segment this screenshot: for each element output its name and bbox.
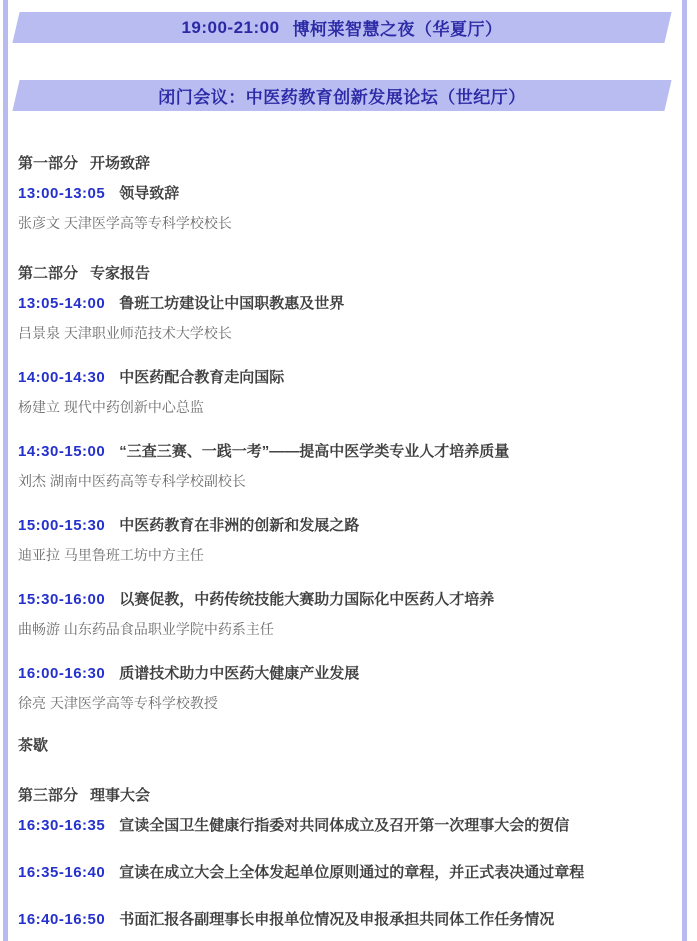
- item-time: 13:05-14:00: [18, 295, 105, 312]
- agenda-item: 14:30-15:00“三查三赛、一践一考”——提高中医学类专业人才培养质量: [18, 441, 669, 462]
- item-title: 中医药教育在非洲的创新和发展之路: [119, 517, 359, 534]
- banner-text: 闭门会议：中医药教育创新发展论坛（世纪厅）: [16, 80, 668, 111]
- agenda-item: 14:00-14:30中医药配合教育走向国际: [18, 367, 669, 388]
- speaker-line: 吕景泉 天津职业师范技术大学校长: [18, 323, 669, 344]
- item-time: 13:00-13:05: [18, 185, 105, 202]
- agenda-item: 15:00-15:30中医药教育在非洲的创新和发展之路: [18, 515, 669, 536]
- right-border-line: [682, 0, 687, 941]
- agenda-page: 19:00-21:00 博柯莱智慧之夜（华夏厅） 闭门会议：中医药教育创新发展论…: [0, 0, 697, 941]
- item-title: 宣读全国卫生健康行指委对共同体成立及召开第一次理事大会的贺信: [119, 817, 569, 834]
- speaker-line: 迪亚拉 马里鲁班工坊中方主任: [18, 545, 669, 566]
- agenda-item: 13:00-13:05领导致辞: [18, 183, 669, 204]
- left-border-line: [3, 0, 8, 941]
- banner-session-title: 闭门会议：中医药教育创新发展论坛（世纪厅）: [158, 83, 526, 108]
- item-title: 鲁班工坊建设让中国职教惠及世界: [119, 295, 344, 312]
- item-title: 书面汇报各副理事长申报单位情况及申报承担共同体工作任务情况: [119, 911, 554, 928]
- agenda-content: 第一部分开场致辞13:00-13:05领导致辞张彦文 天津医学高等专科学校校长第…: [0, 153, 697, 930]
- item-time: 16:35-16:40: [18, 864, 105, 881]
- section-heading: 第二部分专家报告: [18, 263, 669, 284]
- item-title: 中医药配合教育走向国际: [119, 369, 284, 386]
- item-title: 以赛促教，中药传统技能大赛助力国际化中医药人才培养: [119, 591, 494, 608]
- item-time: 15:30-16:00: [18, 591, 105, 608]
- section-label: 第一部分: [18, 155, 78, 172]
- agenda-item: 15:30-16:00以赛促教，中药传统技能大赛助力国际化中医药人才培养: [18, 589, 669, 610]
- item-time: 16:30-16:35: [18, 817, 105, 834]
- agenda-item: 16:40-16:50书面汇报各副理事长申报单位情况及申报承担共同体工作任务情况: [18, 909, 669, 930]
- agenda-item: 16:30-16:35宣读全国卫生健康行指委对共同体成立及召开第一次理事大会的贺…: [18, 815, 669, 836]
- speaker-line: 刘杰 湖南中医药高等专科学校副校长: [18, 471, 669, 492]
- section-heading: 第三部分理事大会: [18, 785, 669, 806]
- section-heading: 第一部分开场致辞: [18, 153, 669, 174]
- item-title: 领导致辞: [119, 185, 179, 202]
- item-time: 14:30-15:00: [18, 443, 105, 460]
- section-title: 专家报告: [90, 265, 150, 282]
- item-time: 14:00-14:30: [18, 369, 105, 386]
- section-label: 第三部分: [18, 787, 78, 804]
- item-title: 质谱技术助力中医药大健康产业发展: [119, 665, 359, 682]
- speaker-line: 曲畅游 山东药品食品职业学院中药系主任: [18, 619, 669, 640]
- section-title: 开场致辞: [90, 155, 150, 172]
- item-time: 16:00-16:30: [18, 665, 105, 682]
- agenda-item: 16:35-16:40宣读在成立大会上全体发起单位原则通过的章程，并正式表决通过…: [18, 862, 669, 883]
- banner-session-time: 19:00-21:00: [181, 18, 279, 38]
- agenda-item: 13:05-14:00鲁班工坊建设让中国职教惠及世界: [18, 293, 669, 314]
- speaker-line: 徐亮 天津医学高等专科学校教授: [18, 693, 669, 714]
- agenda-item: 16:00-16:30质谱技术助力中医药大健康产业发展: [18, 663, 669, 684]
- speaker-line: 张彦文 天津医学高等专科学校校长: [18, 213, 669, 234]
- banner-session-title: 博柯莱智慧之夜（华夏厅）: [293, 15, 503, 40]
- item-time: 16:40-16:50: [18, 911, 105, 928]
- item-title: 宣读在成立大会上全体发起单位原则通过的章程，并正式表决通过章程: [119, 864, 584, 881]
- item-title: “三查三赛、一践一考”——提高中医学类专业人才培养质量: [119, 443, 509, 460]
- forum-session-banner: 闭门会议：中医药教育创新发展论坛（世纪厅）: [16, 80, 668, 111]
- section-label: 第二部分: [18, 265, 78, 282]
- section-title: 理事大会: [90, 787, 150, 804]
- speaker-line: 杨建立 现代中药创新中心总监: [18, 397, 669, 418]
- evening-session-banner: 19:00-21:00 博柯莱智慧之夜（华夏厅）: [16, 12, 668, 43]
- banner-text: 19:00-21:00 博柯莱智慧之夜（华夏厅）: [16, 12, 668, 43]
- break-note: 茶歇: [18, 735, 669, 756]
- item-time: 15:00-15:30: [18, 517, 105, 534]
